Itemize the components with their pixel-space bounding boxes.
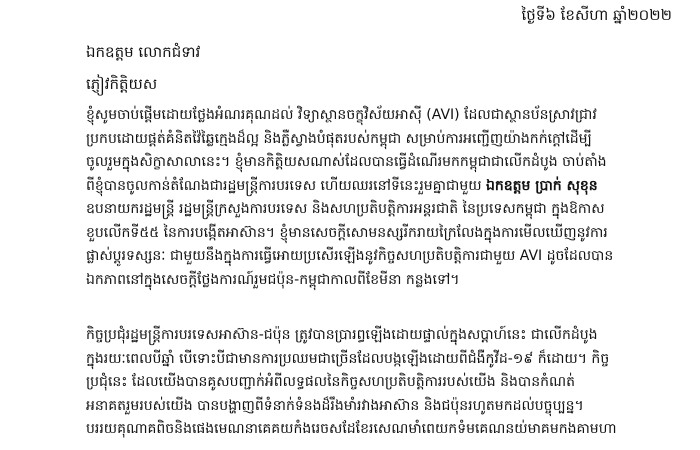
paragraph-line: កិច្ចប្រជុំរដ្ឋមន្ត្រីការបរទេសអាស៊ាន-ជប៉… [86, 324, 676, 348]
paragraph-line: ខ្ញុំសូមចាប់ផ្តើមដោយថ្លែងអំណរគុណដល់ វិទ្… [86, 104, 676, 128]
letter-date: ថ្ងៃទី៦ ខែសីហា ឆ្នាំ២០២២ [521, 4, 672, 26]
paragraph-line: ខួបលើកទី៥៥ នៃការបង្កើតអាស៊ាន។ ខ្ញុំមានសេ… [86, 222, 676, 246]
paragraph-line: ពីខ្ញុំបានចូលកាន់តំណែងជារដ្ឋមន្ត្រីការបរ… [86, 175, 676, 199]
paragraph-line: ប្រជុំនេះ ដែលយើងបានគូសបញ្ជាក់អំពីលទ្ធផលន… [86, 371, 676, 395]
salutation: ឯកឧត្តម លោកជំទាវ [86, 40, 200, 64]
paragraph-line: អនាគតរួមរបស់យើង បានបង្ហាញពីទំនាក់ទំនងដ៏រ… [86, 395, 676, 419]
paragraph-line-text: ពីខ្ញុំបានចូលកាន់តំណែងជារដ្ឋមន្ត្រីការបរ… [86, 178, 482, 194]
subject-heading: ភ្ញៀវកិត្តិយស [86, 72, 157, 96]
paragraph-line: ក្នុងរយៈពេលបីឆ្នាំ បើទោះបីជាមានការប្រឈមជ… [86, 348, 676, 372]
letter-page: ថ្ងៃទី៦ ខែសីហា ឆ្នាំ២០២២ ឯកឧត្តម លោកជំទា… [0, 0, 700, 450]
honoree-name: ឯកឧត្តម ប្រាក់ សុខុន [486, 178, 598, 194]
paragraph-line: ឯកភាពនៅក្នុងសេចក្តីថ្លែងការណ៍រួមជប៉ុន-កម… [86, 269, 676, 293]
paragraph-line-cut-off: បររយគុណាគពិចនិងផេងមេណនាគេគយកំងរេចសដែខែរស… [86, 418, 676, 442]
paragraph-2: កិច្ចប្រជុំរដ្ឋមន្ត្រីការបរទេសអាស៊ាន-ជប៉… [86, 324, 676, 442]
paragraph-line: ប្រកបដោយផ្តត់គំនិតវ៉ៃឆ្លៃក្មេងដ៏ល្អ និងភ… [86, 128, 676, 152]
paragraph-line: ឧបនាយករដ្ឋមន្ត្រី រដ្ឋមន្ត្រីក្រសួងការបរ… [86, 198, 676, 222]
paragraph-1: ខ្ញុំសូមចាប់ផ្តើមដោយថ្លែងអំណរគុណដល់ វិទ្… [86, 104, 676, 292]
paragraph-line: ចូលរួមក្នុងសិក្ខាសាលានេះ។ ខ្ញុំមានកិត្តិ… [86, 151, 676, 175]
paragraph-line: ផ្លាស់ប្តូរទស្សនៈ ជាមួយនឹងក្នុងការធ្វើអោ… [86, 245, 676, 269]
